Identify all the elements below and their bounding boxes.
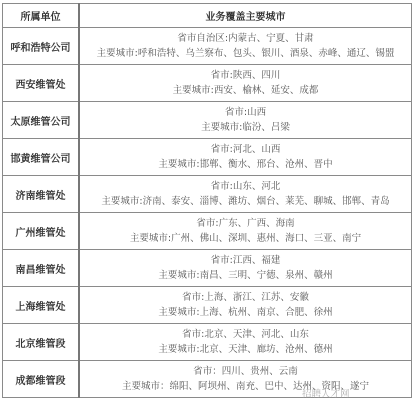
- provinces-text: 省市:江西、福建: [80, 253, 411, 268]
- header-row: 所属单位 业务覆盖主要城市: [3, 4, 412, 28]
- cities-text: 主要城市:西安、榆林、延安、成都: [80, 83, 411, 98]
- header-coverage: 业务覆盖主要城市: [79, 4, 412, 28]
- table-row: 济南维管处 省市:山东、河北 主要城市:济南、泰安、淄博、潍坊、烟台、莱芜、聊城…: [3, 176, 412, 213]
- coverage-cell: 省市:上海、浙江、江苏、安徽 主要城市:上海、杭州、南京、合肥、徐州: [79, 287, 412, 324]
- unit-cell: 广州维管处: [3, 213, 80, 250]
- cities-text: 主要城市:南昌、三明、宁德、泉州、赣州: [80, 268, 411, 283]
- unit-cell: 上海维管处: [3, 287, 80, 324]
- table-row: 成都维管段 省市：四川、贵州、云南 主要城市：绵阳、阿坝州、南充、巴中、达州、资…: [3, 361, 412, 398]
- table-row: 北京维管段 省市:北京、天津、河北、山东 主要城市:北京、天津、廊坊、沧州、德州: [3, 324, 412, 361]
- header-unit: 所属单位: [3, 4, 80, 28]
- provinces-text: 省市:北京、天津、河北、山东: [80, 327, 411, 342]
- provinces-text: 省市:上海、浙江、江苏、安徽: [80, 290, 411, 305]
- unit-cell: 成都维管段: [3, 361, 80, 398]
- coverage-cell: 省市:广东、广西、海南 主要城市:广州、佛山、深圳、惠州、海口、三亚、南宁: [79, 213, 412, 250]
- coverage-cell: 省市：四川、贵州、云南 主要城市：绵阳、阿坝州、南充、巴中、达州、资阳、遂宁: [79, 361, 412, 398]
- unit-cell: 西安维管处: [3, 65, 80, 102]
- cities-text: 主要城市:北京、天津、廊坊、沧州、德州: [80, 342, 411, 357]
- unit-cell: 南昌维管处: [3, 250, 80, 287]
- coverage-cell: 省市:陕西、四川 主要城市:西安、榆林、延安、成都: [79, 65, 412, 102]
- provinces-text: 省市:山西: [80, 105, 411, 120]
- table-row: 西安维管处 省市:陕西、四川 主要城市:西安、榆林、延安、成都: [3, 65, 412, 102]
- provinces-text: 省市:山东、河北: [80, 179, 411, 194]
- unit-cell: 太原维管公司: [3, 102, 80, 139]
- cities-text: 主要城市:济南、泰安、淄博、潍坊、烟台、莱芜、聊城、邯郸、青岛: [80, 194, 411, 209]
- coverage-cell: 省市:河北、山西 主要城市:邯郸、衡水、邢台、沧州、晋中: [79, 139, 412, 176]
- table-row: 呼和浩特公司 省市自治区:内蒙古、宁夏、甘肃 主要城市:呼和浩特、乌兰察布、包头…: [3, 28, 412, 65]
- coverage-cell: 省市:山东、河北 主要城市:济南、泰安、淄博、潍坊、烟台、莱芜、聊城、邯郸、青岛: [79, 176, 412, 213]
- unit-cell: 济南维管处: [3, 176, 80, 213]
- table-row: 邯黄维管公司 省市:河北、山西 主要城市:邯郸、衡水、邢台、沧州、晋中: [3, 139, 412, 176]
- unit-cell: 呼和浩特公司: [3, 28, 80, 65]
- provinces-text: 省市:广东、广西、海南: [80, 216, 411, 231]
- coverage-cell: 省市:山西 主要城市:临汾、吕梁: [79, 102, 412, 139]
- provinces-text: 省市:河北、山西: [80, 142, 411, 157]
- cities-text: 主要城市:呼和浩特、乌兰察布、包头、银川、酒泉、赤峰、通辽、锡盟: [80, 46, 411, 61]
- table-row: 太原维管公司 省市:山西 主要城市:临汾、吕梁: [3, 102, 412, 139]
- coverage-cell: 省市:江西、福建 主要城市:南昌、三明、宁德、泉州、赣州: [79, 250, 412, 287]
- cities-text: 主要城市:广州、佛山、深圳、惠州、海口、三亚、南宁: [80, 231, 411, 246]
- cities-text: 主要城市：绵阳、阿坝州、南充、巴中、达州、资阳、遂宁: [80, 379, 411, 394]
- unit-cell: 邯黄维管公司: [3, 139, 80, 176]
- provinces-text: 省市:陕西、四川: [80, 68, 411, 83]
- provinces-text: 省市自治区:内蒙古、宁夏、甘肃: [80, 31, 411, 46]
- cities-text: 主要城市:上海、杭州、南京、合肥、徐州: [80, 305, 411, 320]
- coverage-table: 所属单位 业务覆盖主要城市 呼和浩特公司 省市自治区:内蒙古、宁夏、甘肃 主要城…: [2, 3, 412, 398]
- table-row: 广州维管处 省市:广东、广西、海南 主要城市:广州、佛山、深圳、惠州、海口、三亚…: [3, 213, 412, 250]
- coverage-cell: 省市:北京、天津、河北、山东 主要城市:北京、天津、廊坊、沧州、德州: [79, 324, 412, 361]
- table-row: 南昌维管处 省市:江西、福建 主要城市:南昌、三明、宁德、泉州、赣州: [3, 250, 412, 287]
- provinces-text: 省市：四川、贵州、云南: [80, 364, 411, 379]
- cities-text: 主要城市:临汾、吕梁: [80, 120, 411, 135]
- cities-text: 主要城市:邯郸、衡水、邢台、沧州、晋中: [80, 157, 411, 172]
- table-row: 上海维管处 省市:上海、浙江、江苏、安徽 主要城市:上海、杭州、南京、合肥、徐州: [3, 287, 412, 324]
- unit-cell: 北京维管段: [3, 324, 80, 361]
- coverage-cell: 省市自治区:内蒙古、宁夏、甘肃 主要城市:呼和浩特、乌兰察布、包头、银川、酒泉、…: [79, 28, 412, 65]
- watermark: 招聘人才网: [302, 386, 350, 400]
